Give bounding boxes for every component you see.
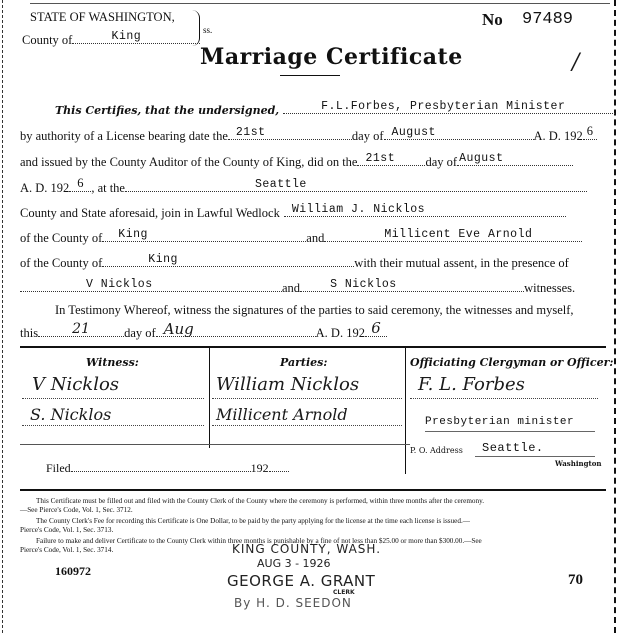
body-line-8: V NicklosandS Nickloswitnesses. <box>20 280 575 296</box>
column-divider <box>209 348 210 448</box>
filed-label: Filed <box>46 461 71 475</box>
footer-note-2-ref: Pierce's Code, Vol. 1, Sec. 3713. <box>20 526 610 535</box>
ceremony-place: Seattle <box>255 178 587 191</box>
county-value: King <box>52 30 200 43</box>
footer-note-2: The County Clerk's Fee for recording thi… <box>20 517 610 526</box>
license-month: August <box>392 126 534 139</box>
bride-county: King <box>148 253 354 266</box>
left-perforation <box>2 0 3 633</box>
certificate-number: 97489 <box>522 10 573 29</box>
party-2-signature: Millicent Arnold <box>216 405 348 424</box>
stamp-county: KING COUNTY, WASH. <box>232 542 381 556</box>
column-divider <box>405 348 406 474</box>
body-line-9: In Testimony Whereof, witness the signat… <box>55 303 574 318</box>
page-title: Marriage Certificate <box>200 44 463 70</box>
po-state: Washington <box>555 459 601 468</box>
witness-header: Witness: <box>86 356 139 369</box>
po-address-value: Seattle. <box>482 441 544 455</box>
ceremony-month: August <box>459 152 573 165</box>
state-label: STATE OF WASHINGTON, <box>30 10 175 25</box>
stamp-clerk-name: GEORGE A. GRANT <box>227 572 375 590</box>
officer-title: Presbyterian minister <box>425 416 574 428</box>
county-line: County ofKing <box>22 32 200 48</box>
officer-signature: F. L. Forbes <box>418 374 525 395</box>
ceremony-day: 21st <box>365 152 425 165</box>
filed-year: 192 <box>251 461 269 475</box>
testimony-day: 21 <box>38 321 124 337</box>
witness-2-name: S Nicklos <box>330 278 524 291</box>
body-line-10: this21day ofAugA. D. 1926 <box>20 325 387 341</box>
box-bottom-rule <box>20 489 606 491</box>
number-label: No <box>482 10 503 30</box>
body-line-4: A. D. 1926, at theSeattle <box>20 180 587 196</box>
stamp-date: AUG 3 - 1926 <box>257 557 331 570</box>
box-divider <box>20 444 410 445</box>
body-line-2: by authority of a License bearing date t… <box>20 128 597 144</box>
body-line-6: of the County ofKingandMillicent Eve Arn… <box>20 230 582 246</box>
testimony-year: 6 <box>365 319 387 337</box>
witness-1-name: V Nicklos <box>86 278 282 291</box>
party-1-signature: William Nicklos <box>216 374 359 395</box>
ceremony-year: 6 <box>69 176 91 191</box>
witness-2-signature: S. Nicklos <box>30 405 111 424</box>
body-line-7: of the County ofKingwith their mutual as… <box>20 255 569 271</box>
title-rule <box>280 75 340 76</box>
body-line-3: and issued by the County Auditor of the … <box>20 154 573 170</box>
witness-1-signature: V Nicklos <box>32 374 119 395</box>
groom-county: King <box>118 228 306 241</box>
testimony-month: Aug <box>164 320 316 338</box>
file-number: 160972 <box>55 564 91 579</box>
officiant-field: F.L.Forbes, Presbyterian Minister <box>321 100 615 113</box>
check-mark: / <box>572 50 579 75</box>
groom-name: William J. Nicklos <box>292 203 566 216</box>
body-line-1: This Certifies, that the undersigned,F.L… <box>55 102 615 118</box>
marriage-certificate-page: STATE OF WASHINGTON, County ofKing ss. N… <box>0 0 619 633</box>
right-perforation <box>614 0 616 633</box>
license-year: 6 <box>583 124 597 139</box>
footer-note-1-ref: —See Pierce's Code, Vol. 1, Sec. 3712. <box>20 506 610 515</box>
page-number: 70 <box>568 572 583 589</box>
po-address-label: P. O. Address <box>410 446 463 455</box>
brace <box>190 10 200 46</box>
parties-header: Parties: <box>280 356 327 369</box>
stamp-clerk-label: CLERK <box>333 589 355 596</box>
filed-line: Filed192 <box>46 460 289 476</box>
license-day: 21st <box>236 126 352 139</box>
stamp-deputy: By H. D. SEEDON <box>234 596 352 610</box>
ss-label: ss. <box>203 25 212 35</box>
top-border <box>30 3 610 4</box>
bride-name: Millicent Eve Arnold <box>384 228 582 241</box>
footer-note-1: This Certificate must be filled out and … <box>20 497 610 506</box>
body-line-5: County and State aforesaid, join in Lawf… <box>20 205 566 221</box>
officer-header: Officiating Clergyman or Officer: <box>410 356 613 369</box>
